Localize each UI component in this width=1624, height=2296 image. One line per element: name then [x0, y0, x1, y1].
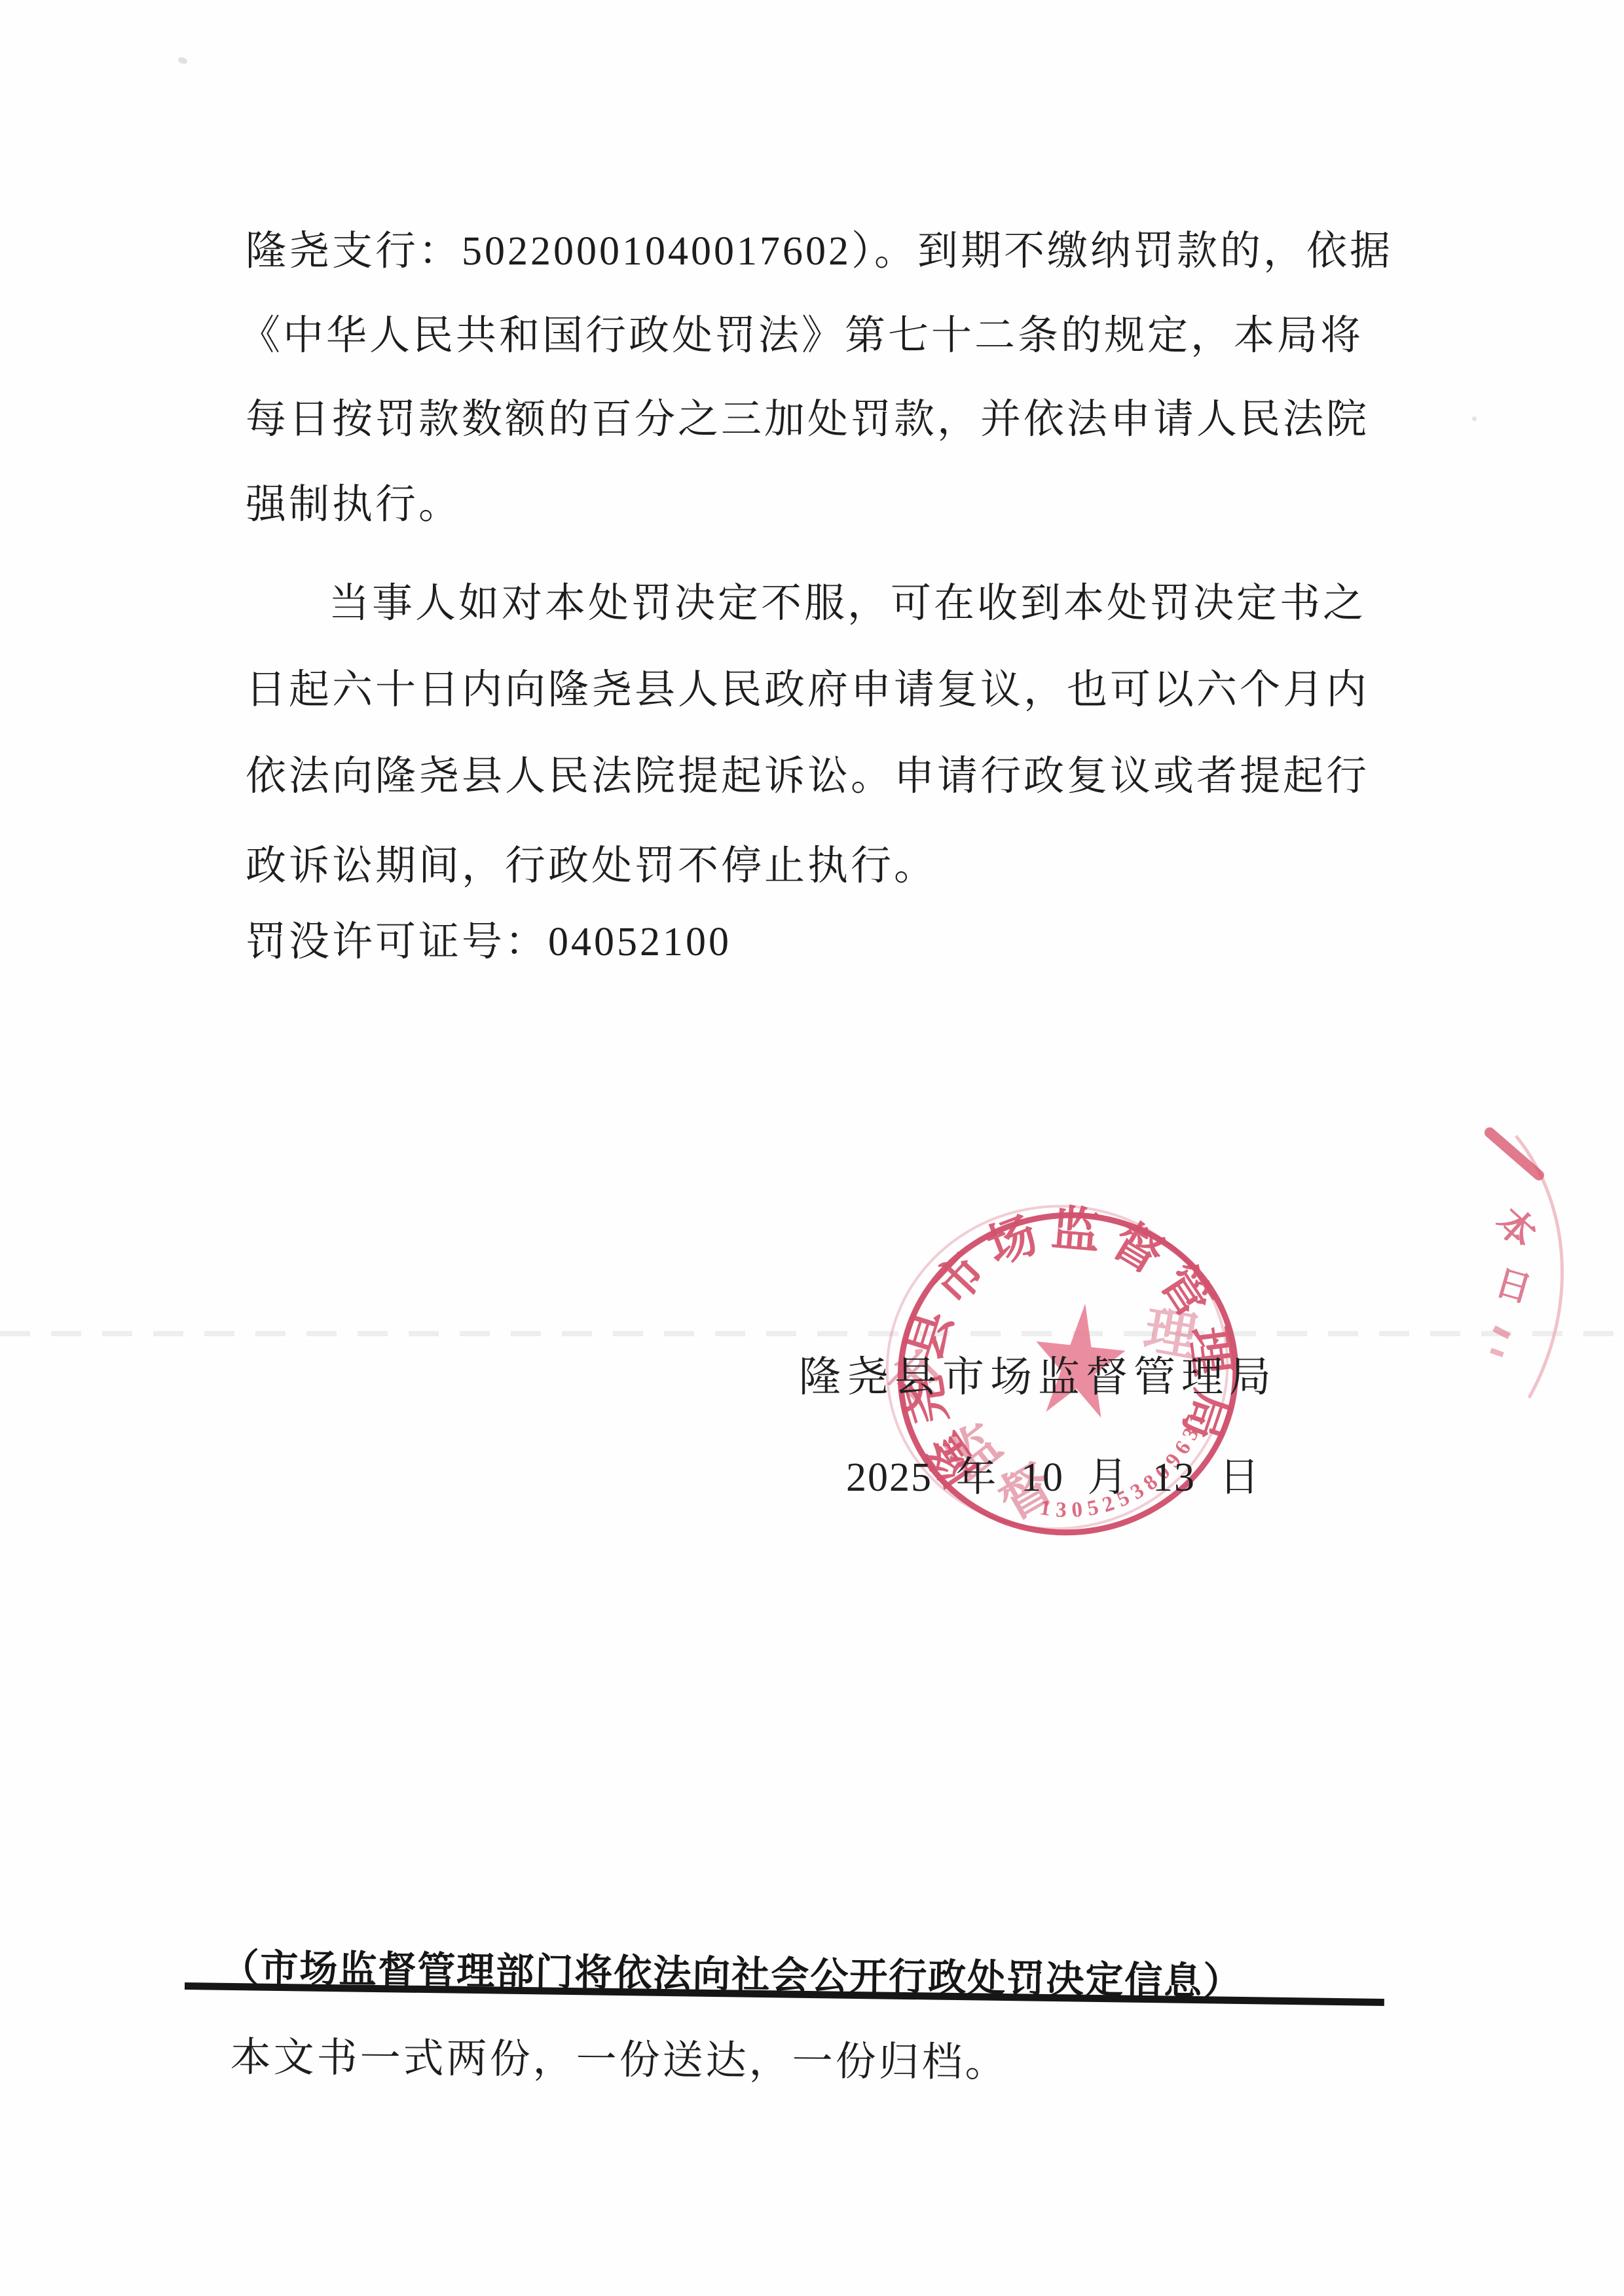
body-line-law-citation: 《中华人民共和国行政处罚法》第七十二条的规定，本局将 — [240, 302, 1363, 361]
body-line-appeal-3: 依法向隆尧县人民法院提起诉讼。申请行政复议或者提起行 — [246, 743, 1369, 801]
fragment-dash — [1490, 1133, 1539, 1175]
body-line-appeal-2: 日起六十日内向隆尧县人民政府申请复议，也可以六个月内 — [246, 657, 1369, 715]
penalty-decision-document-page: 隆尧支行：50220001040017602）。到期不缴纳罚款的，依据 《中华人… — [0, 0, 1624, 2296]
fragment-mark — [1490, 1348, 1504, 1357]
signature-date: 2025 年 10 月 13 日 — [846, 1444, 1261, 1503]
body-line-appeal-1: 当事人如对本处罚决定不服，可在收到本处罚决定书之 — [329, 570, 1366, 629]
body-line-bank-account: 隆尧支行：50220001040017602）。到期不缴纳罚款的，依据 — [246, 218, 1393, 276]
footer-copies-note: 本文书一式两份，一份送达，一份归档。 — [230, 2024, 1008, 2088]
body-line-surcharge: 每日按罚款数额的百分之三加处罚款，并依法申请人民法院 — [246, 386, 1369, 445]
body-line-appeal-4: 政诉讼期间，行政处罚不停止执行。 — [246, 833, 937, 891]
scanner-streak-artifact — [0, 1331, 1624, 1336]
fragment-char: 日 — [1491, 1262, 1536, 1310]
signature-authority: 隆尧县市场监督管理局 — [799, 1343, 1277, 1404]
fragment-mark — [1492, 1325, 1511, 1339]
scan-speck — [177, 56, 188, 65]
penalty-license-number-line: 罚没许可证号：04052100 — [246, 909, 731, 967]
body-line-enforcement: 强制执行。 — [246, 471, 462, 530]
partial-stamp-fragment: 本 日 — [1467, 1113, 1624, 1414]
fragment-char: 本 — [1488, 1199, 1545, 1256]
scan-speck — [1472, 416, 1477, 421]
